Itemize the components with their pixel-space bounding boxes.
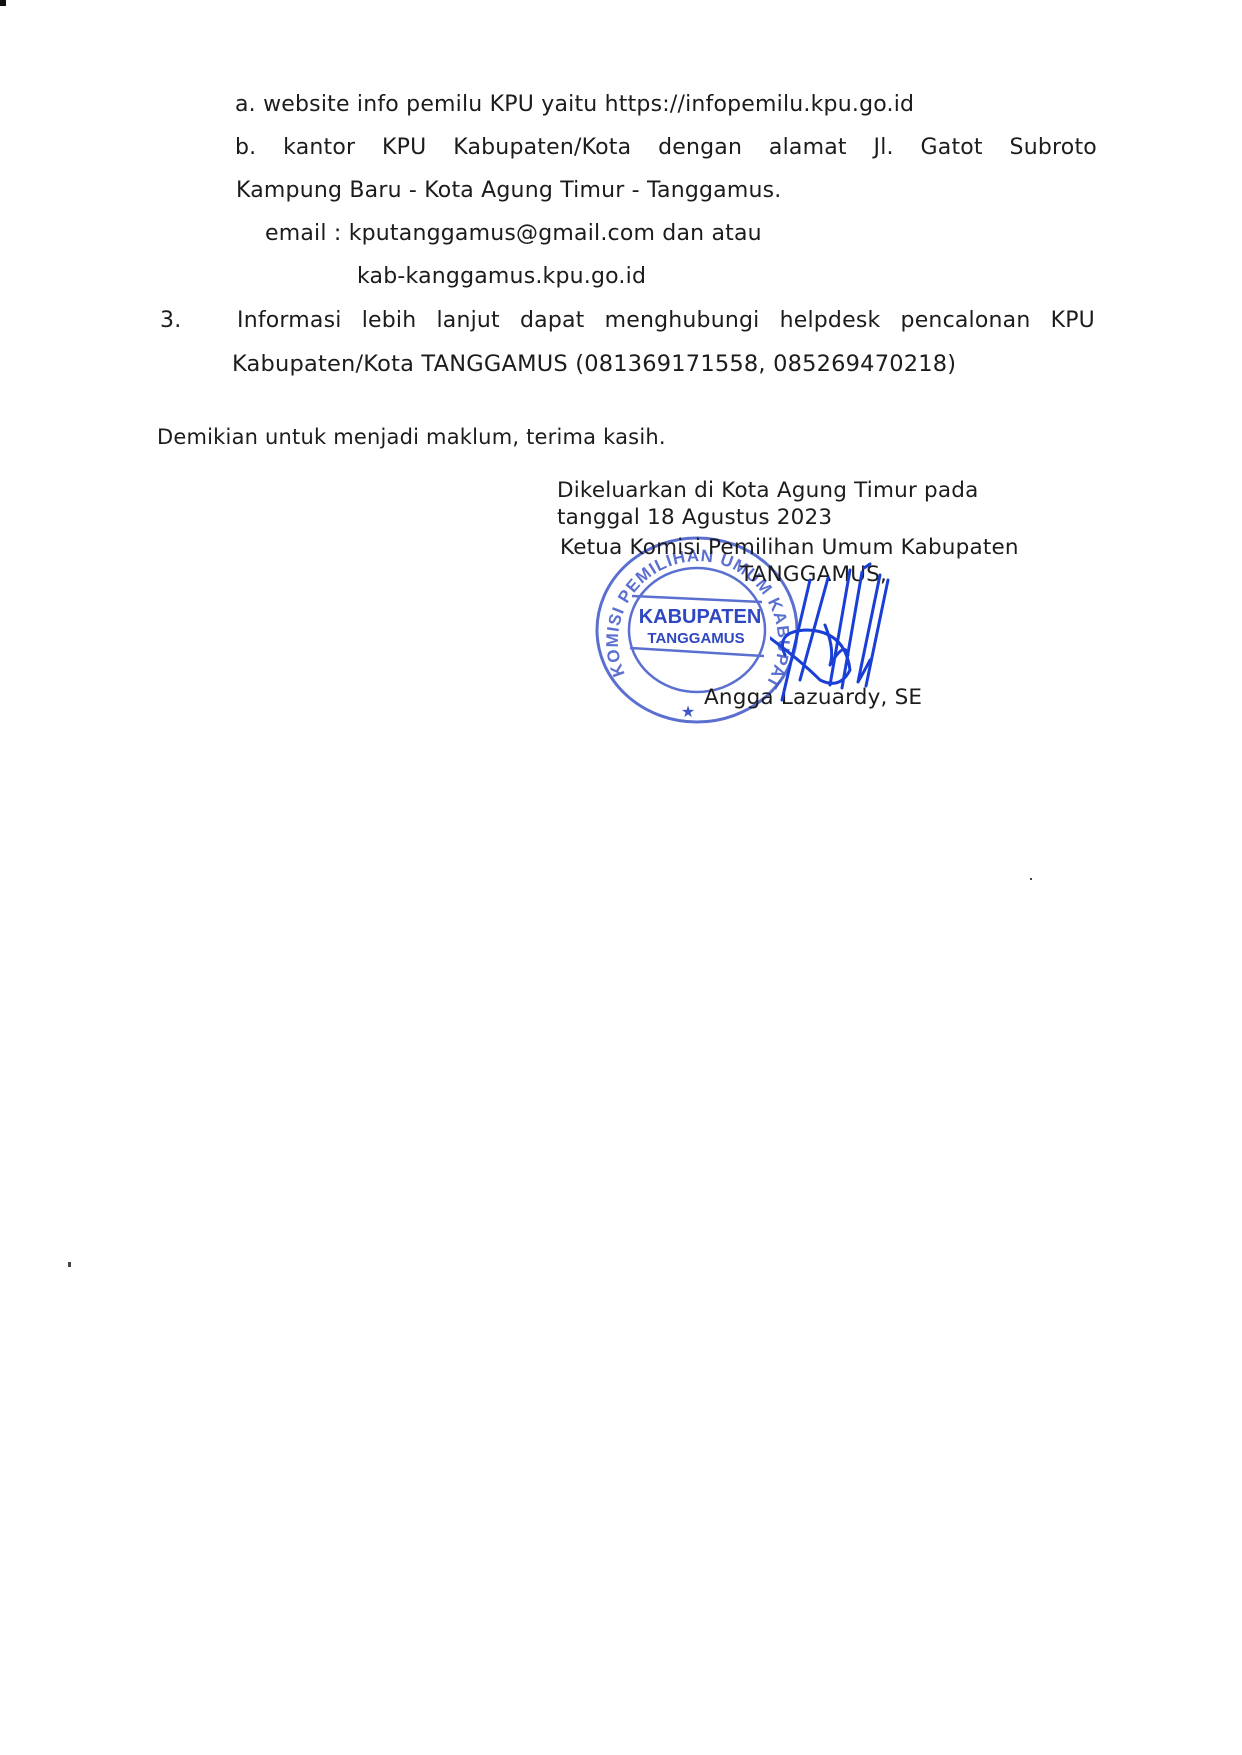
item-a-marker: a. [235, 92, 256, 117]
word: lanjut [436, 308, 499, 334]
item-a: a. website info pemilu KPU yaitu https:/… [235, 92, 914, 118]
word: dengan [658, 135, 742, 161]
item-b-email: email : kputanggamus@gmail.com dan atau [265, 221, 762, 247]
item-3-line2: Kabupaten/Kota TANGGAMUS (081369171558, … [232, 351, 956, 377]
word: alamat [769, 135, 847, 161]
word: KPU [1051, 308, 1095, 334]
stamp-center-line1: KABUPATEN [639, 606, 762, 628]
word: Informasi [237, 308, 342, 334]
handwritten-signature [770, 560, 930, 720]
word: dapat [520, 308, 585, 334]
issued-date: tanggal 18 Agustus 2023 [557, 505, 832, 531]
word: Gatot [921, 135, 983, 161]
item-b-address: Kampung Baru - Kota Agung Timur - Tangga… [236, 178, 781, 204]
word: KPU [382, 135, 426, 161]
word: Kabupaten/Kota [453, 135, 631, 161]
word: kantor [283, 135, 355, 161]
word: menghubungi [605, 308, 760, 334]
email-value: kputanggamus@gmail.com dan atau [349, 221, 762, 246]
item-b-line1: b. kantor KPU Kabupaten/Kota dengan alam… [235, 135, 1097, 161]
stamp-center-line2: TANGGAMUS [647, 630, 744, 647]
item-3-marker: 3. [160, 308, 181, 334]
email-label: email : [265, 221, 341, 246]
scan-artifact [0, 0, 6, 6]
word: helpdesk [780, 308, 881, 334]
word: Subroto [1010, 135, 1097, 161]
item-a-text: website info pemilu KPU yaitu https://in… [263, 92, 914, 117]
word: lebih [362, 308, 417, 334]
signer-position: Ketua Komisi Pemilihan Umum Kabupaten [560, 535, 1019, 561]
word: pencalonan [901, 308, 1031, 334]
item-3-line1: Informasi lebih lanjut dapat menghubungi… [237, 308, 1095, 334]
scan-speck [1030, 878, 1032, 880]
item-b-email-2: kab-kanggamus.kpu.go.id [357, 264, 646, 290]
word: Jl. [874, 135, 894, 161]
closing-text: Demikian untuk menjadi maklum, terima ka… [157, 424, 666, 450]
scan-speck [68, 1262, 71, 1267]
stamp-star-icon: ★ [681, 702, 695, 721]
issued-at: Dikeluarkan di Kota Agung Timur pada [557, 478, 978, 504]
item-b-marker: b. [235, 135, 256, 161]
